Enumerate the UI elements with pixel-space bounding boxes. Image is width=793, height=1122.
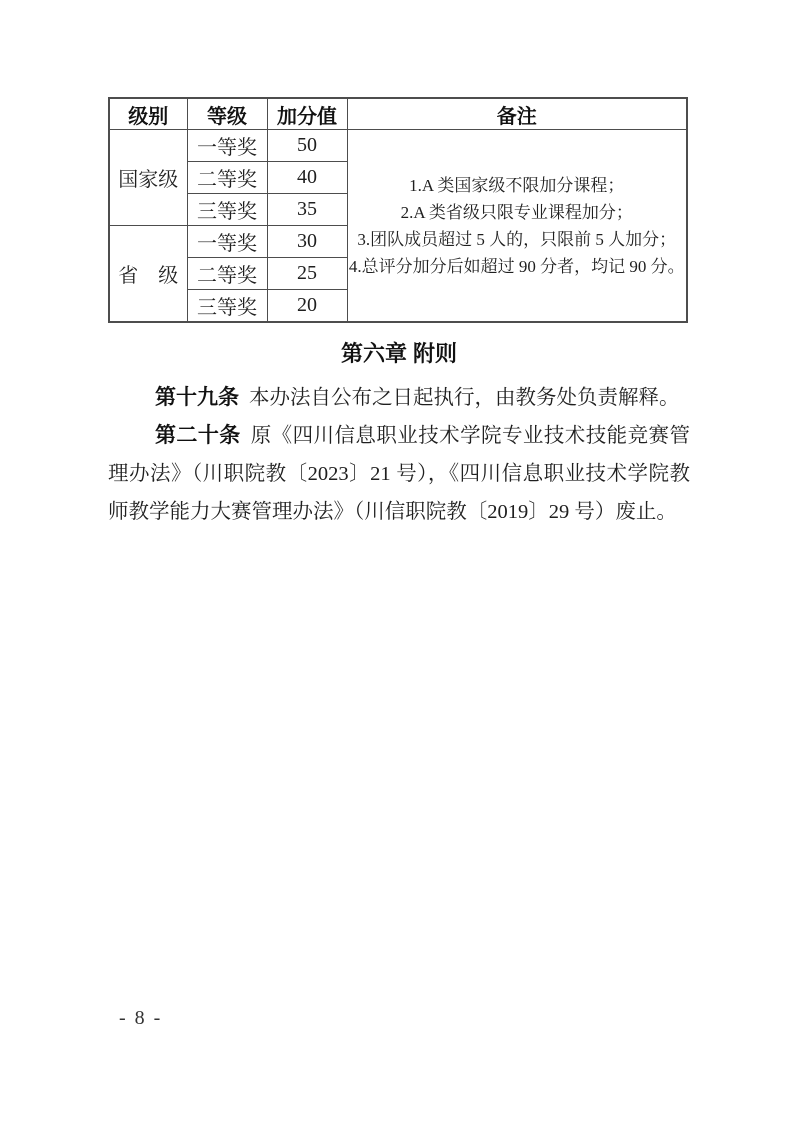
article-20-label: 第二十条 bbox=[155, 424, 241, 447]
article-19-text: 本办法自公布之日起执行，由教务处负责解释。 bbox=[249, 387, 680, 409]
article-19-label: 第十九条 bbox=[155, 386, 239, 409]
grade-cell: 二等奖 bbox=[187, 258, 267, 290]
page-content: 级别 等级 加分值 备注 国家级 一等奖 50 1.A 类国家级不限加分课程； … bbox=[108, 97, 690, 531]
grade-cell: 三等奖 bbox=[187, 290, 267, 323]
points-cell: 30 bbox=[267, 226, 347, 258]
points-cell: 25 bbox=[267, 258, 347, 290]
grade-cell: 二等奖 bbox=[187, 162, 267, 194]
remark-line: 3.团队成员超过 5 人的，只限前 5 人加分； bbox=[348, 226, 687, 253]
points-cell: 40 bbox=[267, 162, 347, 194]
remark-line: 2.A 类省级只限专业课程加分； bbox=[348, 199, 687, 226]
points-cell: 20 bbox=[267, 290, 347, 323]
remark-line: 4.总评分加分后如超过 90 分者，均记 90 分。 bbox=[348, 253, 687, 280]
col-header-remarks: 备注 bbox=[347, 98, 687, 130]
page-number: - 8 - bbox=[119, 1007, 162, 1030]
remark-line: 1.A 类国家级不限加分课程； bbox=[348, 172, 687, 199]
col-header-grade: 等级 bbox=[187, 98, 267, 130]
table-header-row: 级别 等级 加分值 备注 bbox=[109, 98, 687, 130]
level-cell-national: 国家级 bbox=[109, 130, 187, 226]
article-19: 第十九条本办法自公布之日起执行，由教务处负责解释。 bbox=[108, 379, 690, 417]
remarks-cell: 1.A 类国家级不限加分课程； 2.A 类省级只限专业课程加分； 3.团队成员超… bbox=[347, 130, 687, 323]
bonus-points-table: 级别 等级 加分值 备注 国家级 一等奖 50 1.A 类国家级不限加分课程； … bbox=[108, 97, 688, 323]
grade-cell: 一等奖 bbox=[187, 130, 267, 162]
col-header-level: 级别 bbox=[109, 98, 187, 130]
article-20: 第二十条原《四川信息职业技术学院专业技术技能竞赛管理办法》（川职院教〔2023〕… bbox=[108, 417, 690, 531]
document-page: 级别 等级 加分值 备注 国家级 一等奖 50 1.A 类国家级不限加分课程； … bbox=[0, 0, 793, 1122]
chapter-heading: 第六章 附则 bbox=[108, 339, 690, 369]
table-row: 国家级 一等奖 50 1.A 类国家级不限加分课程； 2.A 类省级只限专业课程… bbox=[109, 130, 687, 162]
points-cell: 50 bbox=[267, 130, 347, 162]
grade-cell: 三等奖 bbox=[187, 194, 267, 226]
col-header-points: 加分值 bbox=[267, 98, 347, 130]
grade-cell: 一等奖 bbox=[187, 226, 267, 258]
level-cell-provincial: 省 级 bbox=[109, 226, 187, 323]
points-cell: 35 bbox=[267, 194, 347, 226]
